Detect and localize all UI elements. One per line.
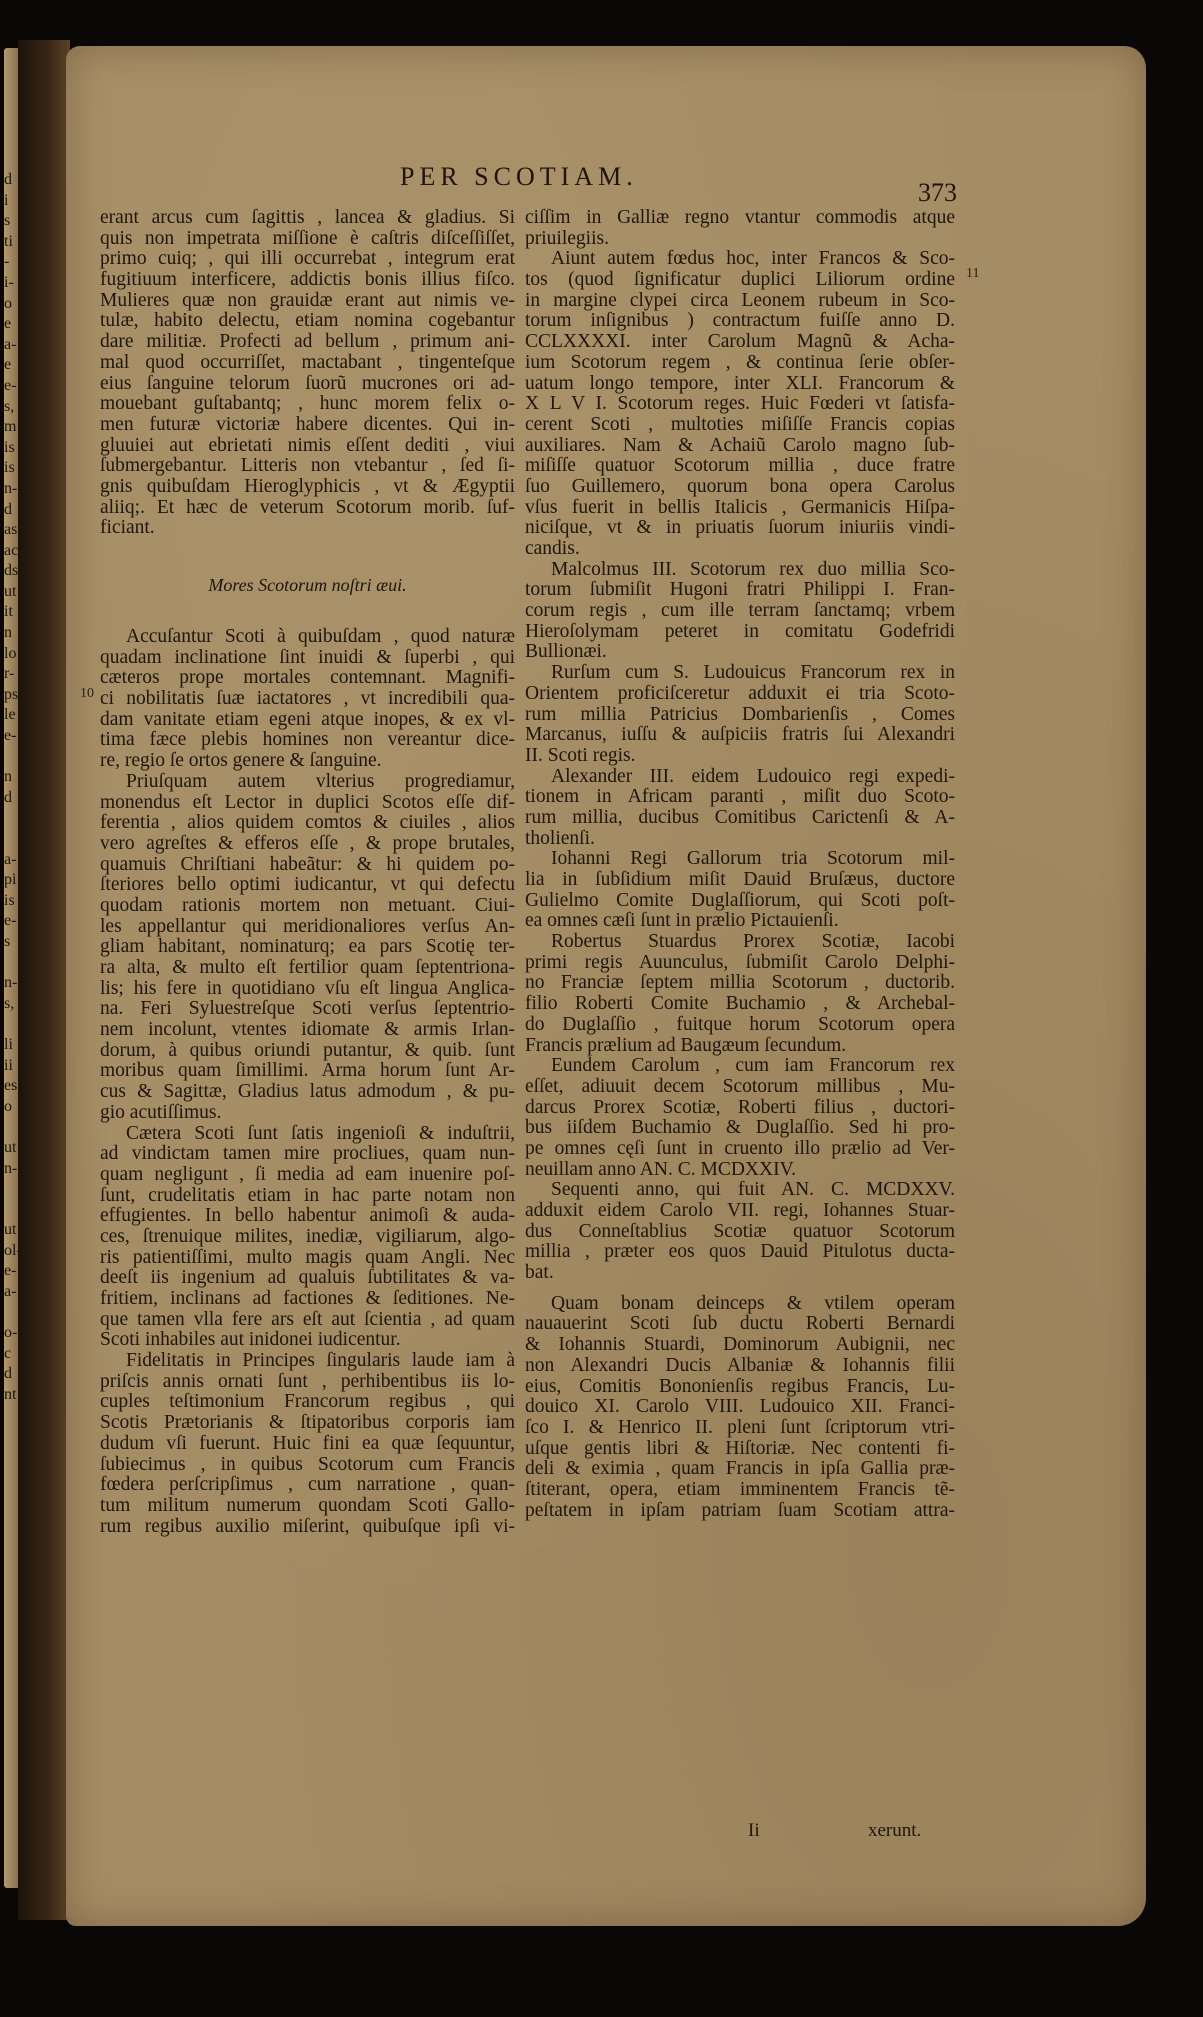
text-line: millia , præter eos quos Dauid Pitulotus… [525,1242,955,1263]
text-line: ſubiecimus , in quibus Scotorum cum Fran… [100,1455,515,1476]
text-line: men futuræ victoriæ habere dicentes. Qui… [100,415,515,436]
text-line: Scoti inhabiles aut inidonei iudicentur. [100,1330,515,1351]
text-line: Gulielmo Comite Duglaſſiorum, qui Scoti … [525,891,955,912]
text-line: ciſſim in Galliæ regno vtantur commodis … [525,208,955,229]
text-line: non Alexandri Ducis Albaniæ & Iohannis f… [525,1356,955,1377]
text-line: moribus quam ſimillimi. Arma horum ſunt … [100,1061,515,1082]
text-line: Fidelitatis in Principes ſingularis laud… [100,1351,515,1372]
text-line: dorum, à quibus oriundi putantur, & quib… [100,1041,515,1062]
text-line: neuillam anno AN. C. MCDXXIV. [525,1160,955,1181]
text-line: priuilegiis. [525,229,955,250]
text-line: tulæ, habito delectu, etiam nomina cogeb… [100,311,515,332]
text-line: Scotis Prætorianis & ſtipatoribus corpor… [100,1413,515,1434]
text-line: uſque gentis libri & Hiſtoriæ. Nec conte… [525,1439,955,1460]
paragraph: Eundem Carolum , cum iam Francorum rexeſ… [525,1056,955,1180]
text-line: douico XI. Carolo VIII. Ludouico XII. Fr… [525,1397,955,1418]
paragraph: Accuſantur Scoti à quibuſdam , quod natu… [100,627,515,772]
paragraph: Cætera Scoti ſunt ſatis ingenioſi & indu… [100,1124,515,1352]
text-line: quadam inclinatione ſint inuidi & ſuperb… [100,648,515,669]
paragraph: Priuſquam autem vlterius progrediamur,mo… [100,772,515,1124]
text-line: niciſque, vt & in priuatis ſuorum iniuri… [525,518,955,539]
paragraph: Aiunt autem fœdus hoc, inter Francos & S… [525,249,955,559]
paragraph: ciſſim in Galliæ regno vtantur commodis … [525,208,955,249]
text-line: tum militum numerum quondam Scoti Gallo- [100,1496,515,1517]
text-line: in margine clypei circa Leonem rubeum in… [525,291,955,312]
text-line: Priuſquam autem vlterius progrediamur, [100,772,515,793]
text-line: no Franciæ ſeptem millia Scotorum , duct… [525,973,955,994]
text-line: Alexander III. eidem Ludouico regi exped… [525,767,955,788]
text-line: rum millia Patricius Dombarienſis , Come… [525,705,955,726]
text-line: candis. [525,539,955,560]
text-line: quodam rationis mortem non metuant. Ciui… [100,896,515,917]
text-line: fritiem, inclinans ad factiones & ſediti… [100,1289,515,1310]
text-line: erant arcus cum ſagittis , lancea & glad… [100,208,515,229]
text-line: corum regis , cum ille terram ſanctamq; … [525,601,955,622]
text-line: eius, Comitis Bononienſis regibus Franci… [525,1377,955,1398]
text-line: primi regis Auunculus, ſubmiſit Carolo D… [525,953,955,974]
paragraph: Sequenti anno, qui fuit AN. C. MCDXXV.ad… [525,1180,955,1283]
text-line: ſuo Guillemero, quorum bona opera Carolu… [525,477,955,498]
text-line: mouebant guſtabantq; , hunc morem felix … [100,394,515,415]
text-line: ſtiterant, opera, etiam imminentem Franc… [525,1480,955,1501]
text-line: dare militiæ. Profecti ad bellum , primu… [100,332,515,353]
text-line: monendus eſt Lector in duplici Scotos eſ… [100,793,515,814]
paragraph: Rurſum cum S. Ludouicus Francorum rex in… [525,663,955,766]
text-line: les appellantur qui meridionaliores verſ… [100,917,515,938]
text-line: tos (quod ſignificatur duplici Liliorum … [525,270,955,291]
text-line: ſubmergebantur. Litteris non vtebantur ,… [100,456,515,477]
left-column: erant arcus cum ſagittis , lancea & glad… [100,208,515,1537]
text-line: ad vindictam tamen mire procliues, quam … [100,1144,515,1165]
text-line: ferentia , alios quidem comtos & ciuiles… [100,813,515,834]
text-line: do Duglaſſio , fuitque horum Scotorum op… [525,1015,955,1036]
marginal-number-right: 11 [966,266,979,282]
text-line: torum ſubmiſit Hugoni fratri Philippi I.… [525,580,955,601]
text-line: lis; his fere in quotidiano vſu eſt ling… [100,979,515,1000]
text-line: quis non impetrata miſſione è caſtris di… [100,229,515,250]
text-line: re, regio ſe ortos genere & ſanguine. [100,751,515,772]
text-line: Aiunt autem fœdus hoc, inter Francos & S… [525,249,955,270]
text-line: tholienſi. [525,829,955,850]
text-line: ium Scotorum regem , & continua ſerie ob… [525,353,955,374]
text-line: ra alta, & multo eſt fertilior quam ſept… [100,958,515,979]
text-line: priſcis annis ornati ſunt , perhibentibu… [100,1372,515,1393]
text-line: Cætera Scoti ſunt ſatis ingenioſi & indu… [100,1124,515,1145]
signature-mark: Ii [748,1820,760,1842]
text-line: adduxit eidem Carolo VII. regi, Iohannes… [525,1201,955,1222]
text-line: Accuſantur Scoti à quibuſdam , quod natu… [100,627,515,648]
book-gutter [18,40,70,1920]
text-line: deli & eximia , quam Francis in ipſa Gal… [525,1459,955,1480]
text-line: Robertus Stuardus Prorex Scotiæ, Iacobi [525,932,955,953]
text-line: auxiliares. Nam & Achaiũ Carolo magno ſu… [525,436,955,457]
text-line: dus Conneſtablius Scotiæ quatuor Scotoru… [525,1222,955,1243]
text-line: rum millia, ducibus Comitibus Carictenſi… [525,808,955,829]
text-line: Orientem proficiſceretur adduxit ei tria… [525,684,955,705]
text-line: tima fæce plebis homines non vereantur d… [100,730,515,751]
text-line: fugitiuum interficere, addictis bonis il… [100,270,515,291]
marginal-number-left: 10 [80,686,94,702]
text-line: peſtatem in ipſam patriam ſuam Scotiam a… [525,1501,955,1522]
text-line: darcus Prorex Scotiæ, Roberti filius , d… [525,1098,955,1119]
text-line: gio acutiſſimus. [100,1103,515,1124]
text-line: deeſt iis ingenium ad qualuis ſubtilitat… [100,1268,515,1289]
page-number: 373 [918,178,957,208]
text-line: uatum longo tempore, inter XLI. Francoru… [525,374,955,395]
text-line: Bullionæi. [525,642,955,663]
text-line: Mulieres quæ non grauidæ erant aut nimis… [100,291,515,312]
text-line: rum regibus auxilio miſerint, quibuſque … [100,1517,515,1538]
text-line: Marcanus, iuſſu & auſpiciis fratris ſui … [525,725,955,746]
text-line: aliiq;. Et hæc de veterum Scotorum morib… [100,498,515,519]
text-line: bus iiſdem Buchamio & Duglaſſio. Sed hi … [525,1118,955,1139]
text-line: ſco I. & Henrico II. pleni ſunt ſcriptor… [525,1418,955,1439]
text-line: & Iohannis Stuardi, Dominorum Aubignii, … [525,1335,955,1356]
paragraph: Alexander III. eidem Ludouico regi exped… [525,767,955,850]
text-line: Francis prælium ad Baugæum ſecundum. [525,1036,955,1057]
text-line: ea omnes cæſi ſunt in prælio Pictauienſi… [525,911,955,932]
text-line: dudum vſi fuerunt. Huic fini ea quæ ſequ… [100,1434,515,1455]
text-line: cus & Sagittæ, Gladius latus admodum , &… [100,1082,515,1103]
text-line: miſiſſe quatuor Scotorum millia , duce f… [525,456,955,477]
text-line: dam vanitate etiam egeni atque inopes, &… [100,710,515,731]
running-head: PER SCOTIAM. [400,162,638,192]
text-line: ſunt, crudelitatis etiam in hac parte no… [100,1186,515,1207]
text-line: nauauerint Scoti ſub ductu Roberti Berna… [525,1314,955,1335]
text-line: que tamen vlla fere ars eſt aut ſcientia… [100,1310,515,1331]
text-line: mal quod occurriſſet, mactabant , tingen… [100,353,515,374]
text-line: primo cuiq; , qui illi occurrebat , inte… [100,249,515,270]
text-line: X L V I. Scotorum reges. Huic Fœderi vt … [525,394,955,415]
text-line: eius ſanguine telorum ſuorũ mucrones ori… [100,374,515,395]
text-line: lia in ſubſidium miſit Dauid Bruſæus, du… [525,870,955,891]
text-line: Eundem Carolum , cum iam Francorum rex [525,1056,955,1077]
text-line: ris patientiſſimi, multo magis quam Angl… [100,1248,515,1269]
text-line: ficiant. [100,518,515,539]
text-line: fœdera perſcripſimus , cum narratione , … [100,1475,515,1496]
paragraph: Robertus Stuardus Prorex Scotiæ, Iacobip… [525,932,955,1056]
text-line: quam negligunt , ſi media ad eam inuenir… [100,1165,515,1186]
text-line: eſſet, adiuuit decem Scotorum millibus ,… [525,1077,955,1098]
text-line: gliam habitant, nominaturq; ea pars Scot… [100,937,515,958]
paragraph: Quam bonam deinceps & vtilem operamnauau… [525,1294,955,1522]
text-line: ces, ſtrenuique milites, inediæ, vigilia… [100,1227,515,1248]
text-line: effugientes. In bello habentur animoſi &… [100,1206,515,1227]
paragraph: Iohanni Regi Gallorum tria Scotorum mil-… [525,849,955,932]
paragraph: erant arcus cum ſagittis , lancea & glad… [100,208,515,539]
text-line: bat. [525,1263,955,1284]
text-line: nem incolunt, vtentes idiomate & armis I… [100,1020,515,1041]
text-line: cæteros prope mortales contemnant. Magni… [100,668,515,689]
text-line: filio Roberti Comite Buchamio , & Archeb… [525,994,955,1015]
text-line: ci nobilitatis ſuæ iactatores , vt incre… [100,689,515,710]
text-line: quamuis Chriſtiani habeãtur: & hi quidem… [100,855,515,876]
text-line: Hieroſolymam peteret in comitatu Godefri… [525,622,955,643]
text-line: cuples teſtimonium Francorum regibus , q… [100,1392,515,1413]
text-line: vſus fuerit in bellis Italicis , Germani… [525,498,955,519]
text-line: Iohanni Regi Gallorum tria Scotorum mil- [525,849,955,870]
text-line: cerent Scoti , multoties miſiſſe Francis… [525,415,955,436]
text-line: Malcolmus III. Scotorum rex duo millia S… [525,560,955,581]
text-line: pe omnes cęſi ſunt in cruento illo præli… [525,1139,955,1160]
text-line: ſteriores bello optimi iudicantur, vt qu… [100,875,515,896]
text-line: Sequenti anno, qui fuit AN. C. MCDXXV. [525,1180,955,1201]
text-line: gluuiei aut ebrietati nimis eſſent dedit… [100,436,515,457]
text-line: gnis quibuſdam Hieroglyphicis , vt & Ægy… [100,477,515,498]
text-line: Quam bonam deinceps & vtilem operam [525,1294,955,1315]
catchword: xerunt. [868,1820,921,1842]
paragraph: Fidelitatis in Principes ſingularis laud… [100,1351,515,1537]
text-line: torum inſignibus ) contractum fuiſſe ann… [525,311,955,332]
text-line: Rurſum cum S. Ludouicus Francorum rex in [525,663,955,684]
text-line: II. Scoti regis. [525,746,955,767]
text-line: na. Feri Syluestreſque Scoti verſus ſept… [100,999,515,1020]
section-heading: Mores Scotorum noſtri æui. [100,575,515,595]
paragraph: Malcolmus III. Scotorum rex duo millia S… [525,560,955,663]
text-line: CCLXXXXI. inter Carolum Magnũ & Acha- [525,332,955,353]
right-column: ciſſim in Galliæ regno vtantur commodis … [525,208,955,1521]
text-line: tionem in Africam paranti , miſit duo Sc… [525,787,955,808]
text-line: vero agreſtes & efferos eſſe , & prope b… [100,834,515,855]
